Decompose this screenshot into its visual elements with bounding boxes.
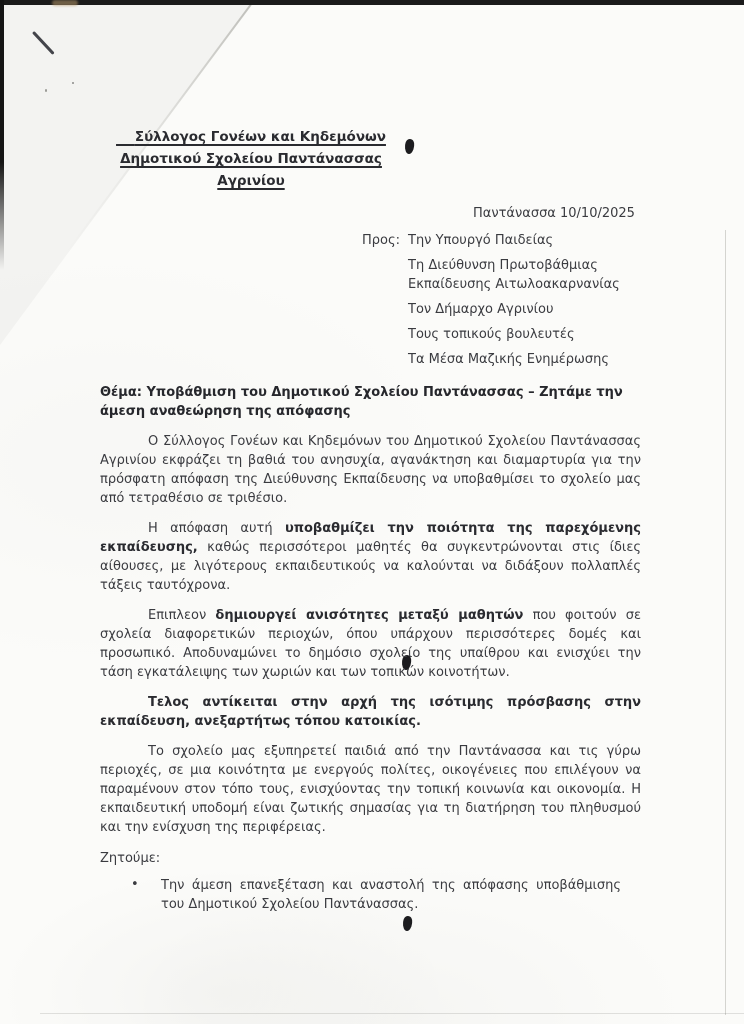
recipient-item: Την Υπουργό Παιδείας — [408, 231, 680, 250]
letterhead-line2: Δημοτικού Σχολείου Παντάνασσας Αγρινίου — [100, 148, 402, 192]
recipient-item: Τη Διεύθυνση Πρωτοβάθμιας Εκπαίδευσης Αι… — [408, 256, 680, 294]
recipients-label: Προς: — [362, 231, 408, 369]
scanned-letter-page: Σύλλογος Γονέων και Κηδεμόνων Δημοτικού … — [0, 0, 744, 1024]
body-paragraph-5: Το σχολείο μας εξυπηρετεί παιδιά από την… — [100, 742, 641, 837]
subject-line: Θέμα: Υποβάθμιση του Δημοτικού Σχολείου … — [100, 383, 641, 421]
letterhead-line1: Σύλλογος Γονέων και Κηδεμόνων — [100, 126, 402, 148]
request-list: • Την άμεση επανεξέταση και αναστολή της… — [100, 876, 641, 914]
recipient-item: Τον Δήμαρχο Αγρινίου — [408, 300, 680, 319]
body-paragraph-2: Η απόφαση αυτή υποβαθμίζει την ποιότητα … — [100, 519, 641, 595]
scan-edge-bottom — [40, 1013, 744, 1014]
bullet-marker: • — [100, 876, 161, 914]
scan-edge-top — [0, 0, 744, 5]
date-line: Παντάνασσα 10/10/2025 — [100, 204, 641, 223]
letter-body: Σύλλογος Γονέων και Κηδεμόνων Δημοτικού … — [100, 126, 641, 914]
staple-mark-bottom — [402, 916, 413, 932]
org-name-line1: Σύλλογος Γονέων και Κηδεμόνων — [135, 129, 386, 145]
dust-speck — [45, 89, 47, 92]
body-paragraph-1: Ο Σύλλογος Γονέων και Κηδεμόνων του Δημο… — [100, 432, 641, 508]
scan-edge-left — [0, 0, 4, 270]
recipients-block: Προς: Την Υπουργό Παιδείας Τη Διεύθυνση … — [100, 231, 641, 369]
org-name-line2: Δημοτικού Σχολείου Παντάνασσας Αγρινίου — [120, 151, 382, 189]
letterhead: Σύλλογος Γονέων και Κηδεμόνων Δημοτικού … — [100, 126, 402, 192]
dust-speck — [72, 82, 74, 84]
scan-edge-right — [725, 230, 726, 1015]
body-paragraph-3: Επιπλεον δημιουργεί ανισότητες μεταξύ μα… — [100, 606, 641, 682]
tan-smudge — [52, 0, 78, 6]
recipient-item: Τα Μέσα Μαζικής Ενημέρωσης — [408, 350, 680, 369]
bullet-item: • Την άμεση επανεξέταση και αναστολή της… — [100, 876, 641, 914]
body-paragraph-4: Τελος αντίκειται στην αρχή της ισότιμης … — [100, 693, 641, 731]
request-label: Ζητούμε: — [100, 849, 641, 868]
recipient-item: Τους τοπικούς βουλευτές — [408, 325, 680, 344]
recipients-list: Την Υπουργό Παιδείας Τη Διεύθυνση Πρωτοβ… — [408, 231, 680, 369]
place-and-date: Παντάνασσα 10/10/2025 — [473, 206, 635, 221]
bullet-text: Την άμεση επανεξέταση και αναστολή της α… — [161, 876, 621, 914]
